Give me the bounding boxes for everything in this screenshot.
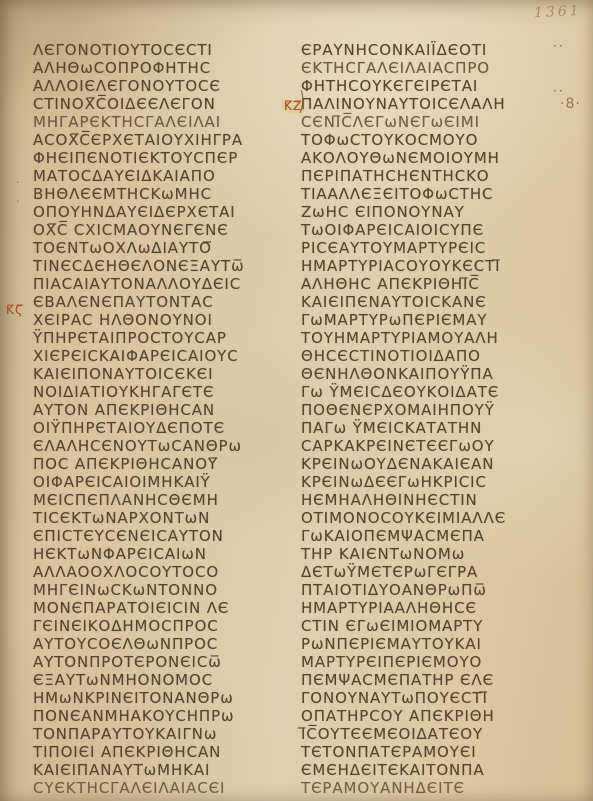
manuscript-text-line: ЄΡΑΥΝΗCΟΝΚΑΙΪΔЄΟΤΙ: [301, 41, 563, 59]
manuscript-text-line: ΠЄΜΨΑCΜЄΠΑΤΗΡ ЄΛЄ: [301, 671, 563, 689]
manuscript-text-line: ΚΑΙЄΙΠΑΝΑΥΤωΜΗΚΑΙ: [33, 761, 295, 779]
manuscript-text-line: ΟΠΟΥΗΝΔΑΥЄΙΔЄΡΧЄΤΑΙ: [33, 203, 295, 221]
manuscript-text-line: ΟΤΙΜΟΝΟCΟΥΚЄΙΜΙΑΛΛЄ: [301, 509, 563, 527]
manuscript-text-line: ΤΟЄΝΤωΟΧΛωΔΙΑΥΤΟ̅: [33, 239, 295, 257]
manuscript-text-line: ΗΜΑΡΤΥΡΙΑΑΛΗΘΗCЄ: [301, 599, 563, 617]
manuscript-text-line: ΜΗΓЄΙΝωCΚωΝΤΟΝΝΟ: [33, 581, 295, 599]
manuscript-text-line: ΧЄΙΡΑC ΗΛΘΟΝΟΥΝΟΙ: [33, 311, 295, 329]
manuscript-text-line: ΓΟΝΟΥΝΑΥΤωΠΟΥЄCΤΙ̅: [301, 689, 563, 707]
manuscript-text-line: ΑΛΗΘωCΟΠΡΟΦΗΤΗC: [33, 59, 295, 77]
manuscript-text-line: ΓωΚΑΙΟΠЄΜΨΑCΜЄΠΑ: [301, 527, 563, 545]
manuscript-text-line: ΤΗΡ ΚΑΙЄΝΤωΝΟΜω: [301, 545, 563, 563]
manuscript-text-line: ΝΟΙΔΙΑΤΙΟΥΚΗΓΑΓЄΤЄ: [33, 383, 295, 401]
manuscript-text-line: ΜΗΓΑΡЄΚΤΗCΓΑΛЄΙΛΑΙ: [33, 113, 295, 131]
manuscript-text-line: ΑΚΟΛΟΥΘωΝЄΜΟΙΟΥΜΗ: [301, 149, 563, 167]
manuscript-text-line: ΗΜΑΡΤΥΡΙΑCΟΥΟΥΚЄCΤΙ̅: [301, 257, 563, 275]
manuscript-text-line: CΥЄΚΤΗCΓΑΛЄΙΛΑΙΑCЄΙ: [33, 779, 295, 797]
manuscript-text-line: ΠΟC ΑΠЄΚΡΙΘΗCΑΝΟΥ̅: [33, 455, 295, 473]
manuscript-text-line: ΒΗΘΛЄЄΜΤΗCΚωΜΗC: [33, 185, 295, 203]
manuscript-text-line: ΗΜωΝΚΡΙΝЄΙΤΟΝΑΝΘΡω: [33, 689, 295, 707]
manuscript-text-line: ΤΟΥΗΜΑΡΤΥΡΙΑΜΟΥΑΛΗ: [301, 329, 563, 347]
manuscript-text-line: CΤΙΝΟΧ̅C̅ΟΙΔЄЄΛЄΓΟΝ: [33, 95, 295, 113]
manuscript-text-line: ΤΙΑΑΛΛЄΞЄΙΤΟΦωCΤΗC: [301, 185, 563, 203]
manuscript-text-line: ΑΛΗΘΗC ΑΠЄΚΡΙΘΗΙ̅C̅: [301, 275, 563, 293]
left-margin-dot: ·: [16, 176, 20, 189]
manuscript-text-line: ΗЄΚΤωΝΦΑΡЄΙCΑΙωΝ: [33, 545, 295, 563]
manuscript-text-line: ΫΠΗΡЄΤΑΙΠΡΟCΤΟΥCΑΡ: [33, 329, 295, 347]
manuscript-page: 1361 ΛЄΓΟΝΟΤΙΟΥΤΟCЄCΤΙΑΛΗΘωCΟΠΡΟΦΗΤΗCΑΛΛ…: [0, 0, 593, 801]
manuscript-text-line: Ι̅C̅ΟΥΤЄЄΜЄΟΙΔΑΤЄΟΥ: [301, 725, 563, 743]
manuscript-text-line: ΠΙΑCΑΙΑΥΤΟΝΑΛΛΟΥΔЄΙC: [33, 275, 295, 293]
text-column-right: ЄΡΑΥΝΗCΟΝΚΑΙΪΔЄΟΤΙЄΚΤΗCΓΑΛЄΙΛΑΙΑCΠΡΟΦΗΤΗ…: [301, 41, 563, 797]
manuscript-text-line: ΚΡЄΙΝωΟΥΔЄΝΑΚΑΙЄΑΝ: [301, 455, 563, 473]
manuscript-text-line: ΦΗΤΗCΟΥΚЄΓЄΙΡЄΤΑΙ: [301, 77, 563, 95]
manuscript-text-line: ΖωΗC ЄΙΠΟΝΟΥΝΑΥ: [301, 203, 563, 221]
manuscript-text-line: ΤΙΝЄCΔЄΗΘЄΛΟΝЄΞΑΥΤω̅: [33, 257, 295, 275]
manuscript-text-line: ΘЄΝΗΛΘΟΝΚΑΙΠΟΥΫΠΑ: [301, 365, 563, 383]
manuscript-text-line: ΗЄΜΗΑΛΗΘΙΝΗЄCΤΙΝ: [301, 491, 563, 509]
manuscript-text-line: ЄΒΑΛЄΝЄΠΑΥΤΟΝΤΑC: [33, 293, 295, 311]
manuscript-text-line: ΑCΟΧ̅C̅ЄΡΧЄΤΑΙΟΥΧΙΗΓΡΑ: [33, 131, 295, 149]
manuscript-text-line: ΑΥΤΟΝΠΡΟΤЄΡΟΝЄΙCω̅: [33, 653, 295, 671]
manuscript-text-line: ΚΑΙЄΙΠΟΝΑΥΤΟΙCЄΚЄΙ: [33, 365, 295, 383]
manuscript-text-line: ЄΞΑΥΤωΝΜΗΟΝΟΜΟC: [33, 671, 295, 689]
manuscript-text-line: ΟΙΫΠΗΡЄΤΑΙΟΥΔЄΠΟΤЄ: [33, 419, 295, 437]
manuscript-text-line: ЄΛΑΛΗCЄΝΟΥΤωCΑΝΘΡω: [33, 437, 295, 455]
manuscript-text-line: ΡωΝΠЄΡΙЄΜΑΥΤΟΥΚΑΙ: [301, 635, 563, 653]
manuscript-text-line: ΑΛΛΟΙЄΛЄΓΟΝΟΥΤΟCЄ: [33, 77, 295, 95]
manuscript-text-line: Γω ΫΜЄΙCΔЄΟΥΚΟΙΔΑΤЄ: [301, 383, 563, 401]
manuscript-text-line: ΠΟΝЄΑΝΜΗΑΚΟΥCΗΠΡω: [33, 707, 295, 725]
manuscript-text-line: ΠЄΡΙΠΑΤΗCΗЄΝΤΗCΚΟ: [301, 167, 563, 185]
manuscript-text-line: ΑΥΤΟΥCΟЄΛΘωΝΠΡΟC: [33, 635, 295, 653]
manuscript-text-line: ΡΙCЄΑΥΤΟΥΜΑΡΤΥΡЄΙC: [301, 239, 563, 257]
manuscript-text-line: ЄΠΙCΤЄΥCЄΝЄΙCΑΥΤΟΝ: [33, 527, 295, 545]
manuscript-text-line: ΟΠΑΤΗΡCΟΥ ΑΠЄΚΡΙΘΗ: [301, 707, 563, 725]
manuscript-text-line: ΠΑΛΙΝΟΥΝΑΥΤΟΙCЄΛΑΛΗ: [301, 95, 563, 113]
modern-chapter-number-8: ·8·: [560, 96, 581, 112]
paragraph-hook-mark: ): [298, 85, 305, 116]
manuscript-text-line: ΘΗCЄCΤΙΝΟΤΙΟΙΔΑΠΟ: [301, 347, 563, 365]
manuscript-text-line: ΦΗЄΙΠЄΝΟΤΙЄΚΤΟΥCΠЄΡ: [33, 149, 295, 167]
manuscript-text-line: ΤЄΡΑΜΟΥΑΝΗΔЄΙΤЄ: [301, 779, 563, 797]
manuscript-text-line: ΜЄΙCΠЄΠΛΑΝΗCΘЄΜΗ: [33, 491, 295, 509]
left-margin-dot: ·: [16, 195, 20, 208]
margin-dots: ··: [553, 84, 565, 98]
manuscript-text-line: CЄΝΙ̅C̅ΛЄΓωΝЄΓωЄΙΜΙ: [301, 113, 563, 131]
margin-dots: ··: [553, 39, 565, 53]
manuscript-text-line: ΑΥΤΟΝ ΑΠЄΚΡΙΘΗCΑΝ: [33, 401, 295, 419]
manuscript-text-line: CΤΙΝ ЄΓωЄΙΜΙΟΜΑΡΤΥ: [301, 617, 563, 635]
chapter-numeral-26: Κ̅Ϛ̅: [6, 303, 24, 317]
manuscript-text-line: ΜΟΝЄΠΑΡΑΤΟΙЄΙCΙΝ ΛЄ: [33, 599, 295, 617]
manuscript-text-line: ΚΡЄΙΝωΔЄЄΓωΗΚΡΙCΙC: [301, 473, 563, 491]
manuscript-text-line: ΟΙΦΑΡЄΙCΑΙΟΙΜΗΚΑΙΫ: [33, 473, 295, 491]
manuscript-text-line: ΤΟΦωCΤΟΥΚΟCΜΟΥΟ: [301, 131, 563, 149]
manuscript-text-line: ΤΟΝΠΑΡΑΥΤΟΥΚΑΙΓΝω: [33, 725, 295, 743]
manuscript-text-line: ΛЄΓΟΝΟΤΙΟΥΤΟCЄCΤΙ: [33, 41, 295, 59]
manuscript-text-line: ΜΑΡΤΥΡЄΙΠЄΡΙЄΜΟΥΟ: [301, 653, 563, 671]
manuscript-text-line: ΤЄΤΟΝΠΑΤЄΡΑΜΟΥЄΙ: [301, 743, 563, 761]
manuscript-text-line: ΤωΟΙΦΑΡЄΙCΑΙΟΙCΥΠЄ: [301, 221, 563, 239]
manuscript-text-line: ΧΙЄΡЄΙCΚΑΙΦΑΡЄΙCΑΙΟΥC: [33, 347, 295, 365]
manuscript-text-line: CΑΡΚΑΚΡЄΙΝЄΤЄЄΓωΟΥ: [301, 437, 563, 455]
manuscript-text-line: ΠΑΓω ΫΜЄΙCΚΑΤΑΤΗΝ: [301, 419, 563, 437]
manuscript-text-line: ΚΑΙЄΙΠЄΝΑΥΤΟΙCΚΑΝЄ: [301, 293, 563, 311]
manuscript-text-line: ΓЄΙΝЄΙΚΟΔΗΜΟCΠΡΟC: [33, 617, 295, 635]
manuscript-text-line: ΔЄΤωΫΜЄΤЄΡωΓЄΓΡΑ: [301, 563, 563, 581]
manuscript-text-line: ΜΑΤΟCΔΑΥЄΙΔΚΑΙΑΠΟ: [33, 167, 295, 185]
folio-number: 1361: [534, 3, 582, 21]
manuscript-text-line: ΤΙCЄΚΤωΝΑΡΧΟΝΤωΝ: [33, 509, 295, 527]
manuscript-text-line: ЄΚΤΗCΓΑΛЄΙΛΑΙΑCΠΡΟ: [301, 59, 563, 77]
manuscript-text-line: ЄΜЄΗΔЄΙΤЄΚΑΙΤΟΝΠΑ: [301, 761, 563, 779]
bottom-margin-dot: ·: [60, 768, 63, 779]
manuscript-text-line: ΤΙΠΟΙЄΙ ΑΠЄΚΡΙΘΗCΑΝ: [33, 743, 295, 761]
manuscript-text-line: ΓωΜΑΡΤΥΡωΠЄΡΙЄΜΑΥ: [301, 311, 563, 329]
manuscript-text-line: ΠΤΑΙΟΤΙΔΥΟΑΝΘΡωΠω̅: [301, 581, 563, 599]
manuscript-text-line: ΟΧ̅C̅ CΧΙCΜΑΟΥΝЄΓЄΝЄ: [33, 221, 295, 239]
manuscript-text-line: ΠΟΘЄΝЄΡΧΟΜΑΙΗΠΟΥΫ: [301, 401, 563, 419]
text-column-left: ΛЄΓΟΝΟΤΙΟΥΤΟCЄCΤΙΑΛΗΘωCΟΠΡΟΦΗΤΗCΑΛΛΟΙЄΛЄ…: [33, 41, 295, 797]
manuscript-text-line: ΑΛΛΑΟΟΧΛΟCΟΥΤΟCΟ: [33, 563, 295, 581]
